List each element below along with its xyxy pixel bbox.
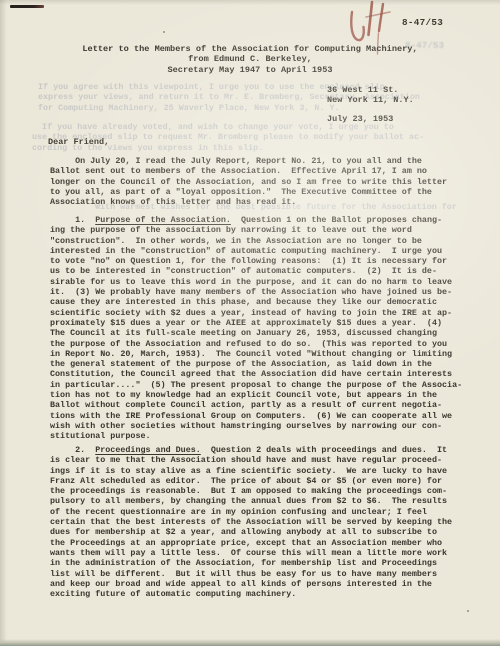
- section-proceedings-first-line: 2. Proceedings and Dues. Question 2 deal…: [50, 445, 452, 455]
- letter-page: 8-47/53 If you agree with this viewpoint…: [0, 0, 500, 646]
- section-proceedings: 2. Proceedings and Dues. Question 2 deal…: [50, 445, 452, 599]
- salutation: Dear Friend,: [48, 137, 109, 147]
- section-number: 2.: [50, 445, 95, 455]
- section-purpose-lines: ing the purpose of the association by na…: [50, 225, 462, 441]
- paper-speck: [163, 31, 165, 33]
- section-purpose: 1. Purpose of the Association. Question …: [50, 215, 462, 442]
- section-proceedings-lines: is clear to me that the Association shou…: [50, 455, 452, 599]
- paper-speck: [467, 610, 469, 612]
- scan-edge-top: [0, 0, 500, 5]
- section-first-line-rest: Question 1 on the Ballot proposes chang-: [231, 215, 442, 225]
- title-line-3: Secretary May 1947 to April 1953: [0, 65, 500, 75]
- title-line-2: from Edmund C. Berkeley,: [0, 54, 500, 64]
- address-line-1: 36 West 11 St.: [327, 85, 414, 95]
- section-first-line-rest: Question 2 deals with proceedings and du…: [201, 445, 447, 455]
- letter-title: Letter to the Members of the Association…: [0, 44, 500, 75]
- section-heading: Purpose of the Association.: [95, 215, 231, 225]
- intro-paragraph: On July 20, I read the July Report, Repo…: [50, 156, 447, 207]
- letter-date: July 23, 1953: [327, 114, 393, 124]
- title-line-1: Letter to the Members of the Association…: [0, 44, 500, 54]
- scan-edge-bottom: [0, 639, 500, 646]
- section-purpose-first-line: 1. Purpose of the Association. Question …: [50, 215, 462, 225]
- section-heading: Proceedings and Dues.: [95, 445, 201, 455]
- sender-address: 36 West 11 St. New York 11, N.Y.: [327, 85, 414, 106]
- address-line-2: New York 11, N.Y.: [327, 95, 414, 105]
- archive-number: 8-47/53: [402, 17, 443, 28]
- section-number: 1.: [50, 215, 95, 225]
- scan-edge-left: [0, 0, 7, 646]
- corner-dash-mark: [10, 5, 44, 8]
